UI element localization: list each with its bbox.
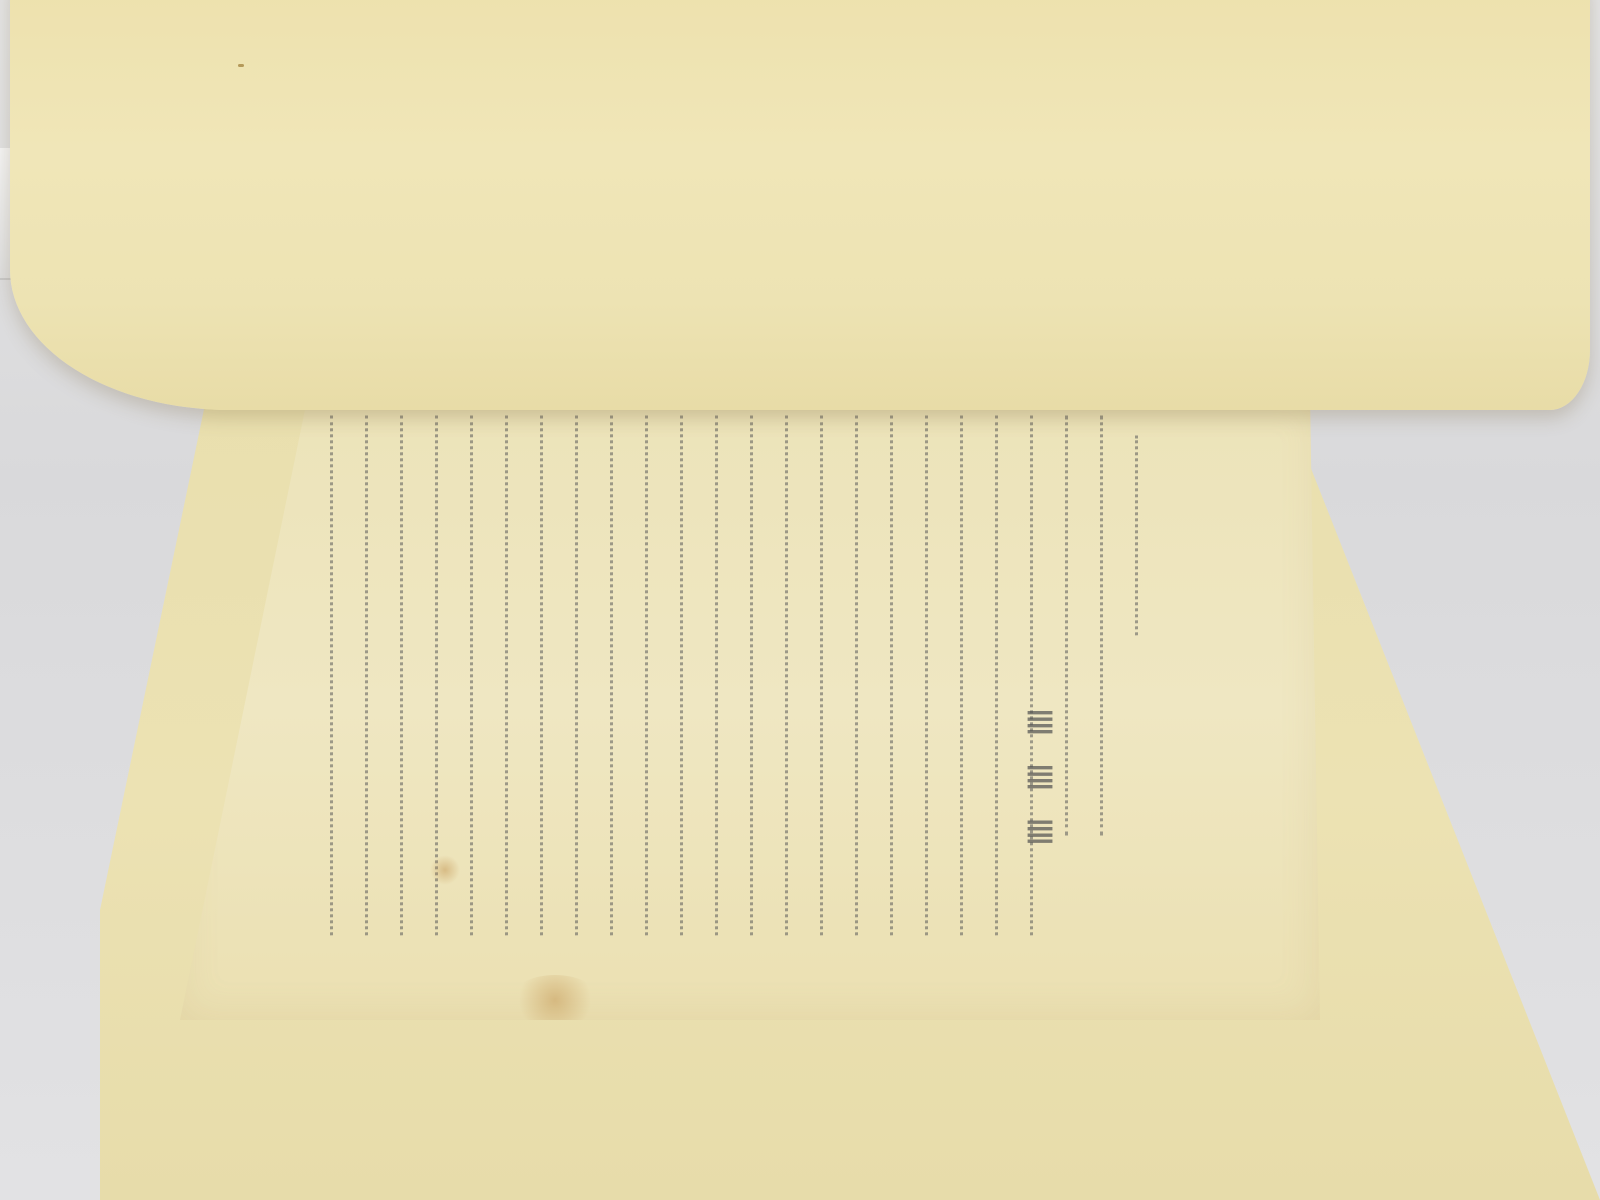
handwriting-column (960, 415, 983, 936)
handwriting-column (995, 415, 1018, 936)
handwriting-column (715, 415, 738, 936)
handwriting-column (645, 415, 668, 936)
foxing-stain (430, 855, 460, 885)
signature-block: 𝌆 𝌆 𝌆 (1020, 700, 1060, 852)
handwriting-column (365, 415, 388, 936)
handwriting-column (855, 415, 878, 936)
handwriting-column (1100, 415, 1123, 836)
handwriting-column (750, 415, 773, 936)
handwriting-column (820, 415, 843, 936)
handwriting-column (540, 415, 563, 936)
handwriting-column (925, 415, 948, 936)
handwritten-tissue-sheet (180, 395, 1320, 1020)
handwriting-column (505, 415, 528, 936)
handwriting-column (1065, 415, 1088, 836)
handwriting-column (575, 415, 598, 936)
handwriting-column (470, 415, 493, 936)
handwriting-column (330, 415, 353, 936)
handwriting-column (890, 415, 913, 936)
handwriting-column (400, 415, 423, 936)
handwriting-column (785, 415, 808, 936)
handwriting-column (1135, 435, 1158, 636)
foxing-stain (510, 975, 600, 1025)
paper-speck (238, 64, 244, 67)
handwriting-column (1030, 415, 1053, 936)
handwriting-column (680, 415, 703, 936)
handwriting-column (610, 415, 633, 936)
curled-facing-page (10, 0, 1590, 410)
handwriting-columns (310, 395, 1320, 1020)
